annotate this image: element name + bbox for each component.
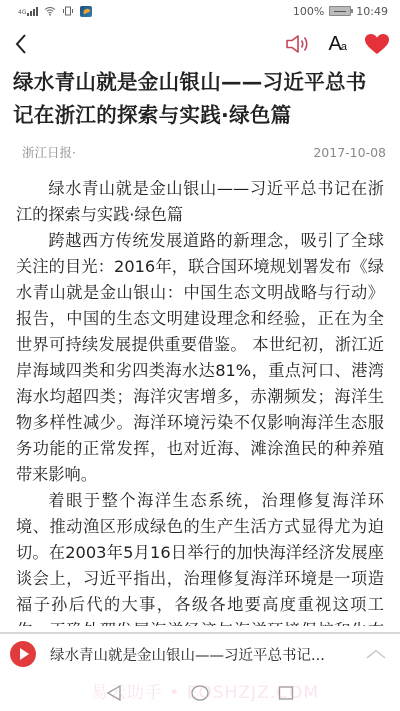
app-notification-icon xyxy=(80,6,92,17)
battery-percent: 100% xyxy=(293,5,324,18)
font-size-icon: Aa xyxy=(329,33,346,56)
nav-home-button[interactable] xyxy=(157,678,243,708)
article[interactable]: 绿水青山就是金山银山——习近平总书记在浙江的探索与实践·绿色篇 浙江日报· 20… xyxy=(0,66,400,626)
article-paragraph: 着眼于整个海洋生态系统，治理修复海洋环境、推动渔区形成绿色的生产生活方式显得尤为… xyxy=(16,488,384,626)
player-title[interactable]: 绿水青山就是金山银山——习近平总书记... xyxy=(50,644,356,665)
chevron-up-icon xyxy=(366,649,386,659)
status-bar: 4G 100% 10:49 xyxy=(0,0,400,22)
nav-back-button[interactable] xyxy=(71,678,157,708)
back-button[interactable] xyxy=(14,29,38,59)
article-body: 绿水青山就是金山银山——习近平总书记在浙江的探索与实践·绿色篇 跨越西方传统发展… xyxy=(0,176,400,626)
heart-icon xyxy=(364,33,390,55)
toolbar-actions: Aa xyxy=(285,29,390,59)
article-meta: 浙江日报· 2017-10-08 xyxy=(0,142,400,162)
status-right: 100% 10:49 xyxy=(293,5,388,18)
recents-square-icon xyxy=(277,684,295,702)
home-circle-icon xyxy=(190,684,210,702)
signal-icon: 4G xyxy=(18,7,38,16)
article-paragraph: 绿水青山就是金山银山——习近平总书记在浙江的探索与实践·绿色篇 xyxy=(16,176,384,228)
article-source: 浙江日报· xyxy=(22,143,76,161)
chevron-left-icon xyxy=(14,33,28,55)
vibrate-icon xyxy=(62,6,74,16)
system-nav-bar xyxy=(0,674,400,711)
top-toolbar: Aa xyxy=(0,22,400,66)
play-icon[interactable] xyxy=(10,641,36,667)
status-left: 4G xyxy=(18,6,92,17)
back-triangle-icon xyxy=(105,684,123,702)
battery-icon xyxy=(329,6,351,16)
speaker-icon xyxy=(285,33,311,55)
clock: 10:49 xyxy=(356,5,388,18)
font-size-button[interactable]: Aa xyxy=(329,29,346,59)
article-paragraph: 跨越西方传统发展道路的新理念，吸引了全球关注的目光：2016年，联合国环境规划署… xyxy=(16,228,384,488)
favorite-button[interactable] xyxy=(364,29,390,59)
wifi-icon xyxy=(44,6,56,16)
nav-recents-button[interactable] xyxy=(243,678,329,708)
article-date: 2017-10-08 xyxy=(313,145,386,160)
screen: 4G 100% 10:49 xyxy=(0,0,400,711)
audio-player-bar: 绿水青山就是金山银山——习近平总书记... xyxy=(0,632,400,674)
article-title: 绿水青山就是金山银山——习近平总书记在浙江的探索与实践·绿色篇 xyxy=(0,66,400,132)
expand-player-button[interactable] xyxy=(364,644,388,664)
audio-read-button[interactable] xyxy=(285,29,311,59)
network-type-label: 4G xyxy=(18,9,26,16)
